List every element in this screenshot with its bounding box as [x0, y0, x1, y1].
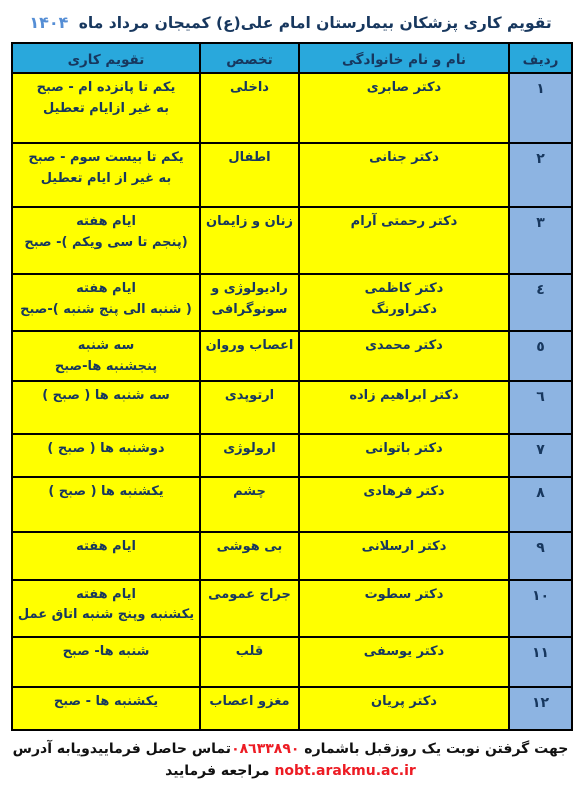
- doctor-name-cell: دکتر پریان: [299, 687, 509, 730]
- doctor-name-cell: دکتر صابری: [299, 73, 509, 143]
- table-row: ۲دکتر جنانیاطفالیکم تا بیست سوم - صبحبه …: [12, 143, 572, 207]
- cell-line: شنبه ها- صبح: [17, 642, 195, 663]
- cell-line: دوشنبه ها ( صبح ): [17, 439, 195, 460]
- row-number-cell: ٦: [509, 381, 572, 434]
- cell-line: ( شنبه الی پنج شنبه )-صبح: [17, 300, 195, 321]
- schedule-cell: یکشنبه ها ( صبح ): [12, 477, 200, 532]
- table-row: ٥دکتر محمدیاعصاب وروانسه شنبهپنجشنبه ها-…: [12, 331, 572, 381]
- row-number-cell: ۱۰: [509, 580, 572, 637]
- schedule-cell: یکم تا بیست سوم - صبحبه غیر از ایام تعطی…: [12, 143, 200, 207]
- cell-line: ٥: [514, 336, 567, 358]
- specialty-cell: بی هوشی: [200, 532, 299, 580]
- footer-line1-after: تماس حاصل فرماییدویابه آدرس: [13, 741, 231, 757]
- row-number-cell: ۱: [509, 73, 572, 143]
- cell-line: پنجشنبه ها-صبح: [17, 357, 195, 378]
- cell-line: دکتر جنانی: [304, 148, 504, 169]
- cell-line: چشم: [205, 482, 294, 503]
- row-number-cell: ٨: [509, 477, 572, 532]
- schedule-cell: سه شنبهپنجشنبه ها-صبح: [12, 331, 200, 381]
- cell-line: ٧: [514, 439, 567, 461]
- cell-line: دکتراورنگ: [304, 300, 504, 321]
- cell-line: دکتر صابری: [304, 78, 504, 99]
- cell-line: ۳: [514, 212, 567, 234]
- cell-line: دکتر سطوت: [304, 585, 504, 606]
- specialty-cell: ارولوژی: [200, 434, 299, 477]
- schedule-cell: ایام هفته( شنبه الی پنج شنبه )-صبح: [12, 274, 200, 331]
- footer-line1-before: جهت گرفتن نوبت یک روزقبل باشماره: [299, 741, 568, 757]
- cell-line: یکشنبه وپنج شنبه اتاق عمل: [17, 605, 195, 626]
- cell-line: به غیر از ایام تعطیل: [17, 169, 195, 190]
- cell-line: (پنجم تا سی ویکم )- صبح: [17, 233, 195, 254]
- row-number-cell: ۲: [509, 143, 572, 207]
- specialty-cell: داخلی: [200, 73, 299, 143]
- cell-line: دکتر رحمتی آرام: [304, 212, 504, 233]
- table-row: ۱۰دکتر سطوتجراح عمومیایام هفتهیکشنبه وپن…: [12, 580, 572, 637]
- cell-line: ایام هفته: [17, 279, 195, 300]
- doctor-name-cell: دکتر فرهادی: [299, 477, 509, 532]
- cell-line: دکتر پریان: [304, 692, 504, 713]
- cell-line: زنان و زایمان: [205, 212, 294, 233]
- cell-line: دکتر ابراهیم زاده: [304, 386, 504, 407]
- schedule-cell: ایام هفته(پنجم تا سی ویکم )- صبح: [12, 207, 200, 274]
- cell-line: ۱۱: [514, 642, 567, 664]
- specialty-cell: اطفال: [200, 143, 299, 207]
- cell-line: یکم تا پانزده ام - صبح: [17, 78, 195, 99]
- cell-line: دکتر باتوانی: [304, 439, 504, 460]
- row-number-cell: ۱۱: [509, 637, 572, 687]
- cell-line: ارولوژی: [205, 439, 294, 460]
- title-year: ۱۴۰۴: [29, 13, 68, 32]
- header-specialty: تخصص: [200, 43, 299, 73]
- header-row-number: ردیف: [509, 43, 572, 73]
- cell-line: قلب: [205, 642, 294, 663]
- cell-line: یکشنبه ها - صبح: [17, 692, 195, 713]
- cell-line: مغزو اعصاب: [205, 692, 294, 713]
- cell-line: ٦: [514, 386, 567, 408]
- specialty-cell: اعصاب وروان: [200, 331, 299, 381]
- table-row: ۱۲دکتر پریانمغزو اعصابیکشنبه ها - صبح: [12, 687, 572, 730]
- schedule-cell: یکشنبه ها - صبح: [12, 687, 200, 730]
- footer-note: جهت گرفتن نوبت یک روزقبل باشماره ۰۸٦۳۳۸۹…: [0, 738, 581, 783]
- row-number-cell: ۳: [509, 207, 572, 274]
- doctor-name-cell: دکتر ابراهیم زاده: [299, 381, 509, 434]
- table-row: ۱۱دکتر یوسفیقلبشنبه ها- صبح: [12, 637, 572, 687]
- schedule-cell: دوشنبه ها ( صبح ): [12, 434, 200, 477]
- doctors-schedule-table: ردیف نام و نام خانوادگی تخصص تقویم کاری …: [11, 42, 573, 731]
- row-number-cell: ٥: [509, 331, 572, 381]
- schedule-cell: سه شنبه ها ( صبح ): [12, 381, 200, 434]
- doctor-name-cell: دکتر باتوانی: [299, 434, 509, 477]
- row-number-cell: ٧: [509, 434, 572, 477]
- schedule-cell: ایام هفته: [12, 532, 200, 580]
- cell-line: ایام هفته: [17, 537, 195, 558]
- footer-line-2: nobt.arakmu.ac.ir مراجعه فرمایید: [0, 760, 581, 782]
- cell-line: سه شنبه: [17, 336, 195, 357]
- table-header-row: ردیف نام و نام خانوادگی تخصص تقویم کاری: [12, 43, 572, 73]
- specialty-cell: مغزو اعصاب: [200, 687, 299, 730]
- table-row: ٦دکتر ابراهیم زادهارتوپدیسه شنبه ها ( صب…: [12, 381, 572, 434]
- cell-line: دکتر ارسلانی: [304, 537, 504, 558]
- doctor-name-cell: دکتر یوسفی: [299, 637, 509, 687]
- cell-line: ۱۲: [514, 692, 567, 714]
- cell-line: ایام هفته: [17, 585, 195, 606]
- cell-line: دکتر فرهادی: [304, 482, 504, 503]
- doctor-name-cell: دکتر ارسلانی: [299, 532, 509, 580]
- cell-line: ۱۰: [514, 585, 567, 607]
- cell-line: داخلی: [205, 78, 294, 99]
- cell-line: ٩: [514, 537, 567, 559]
- row-number-cell: ٤: [509, 274, 572, 331]
- table-row: ٧دکتر باتوانیارولوژیدوشنبه ها ( صبح ): [12, 434, 572, 477]
- booking-url: nobt.arakmu.ac.ir: [274, 763, 415, 779]
- page-title: تقویم کاری پزشکان بیمارستان امام علی(ع) …: [0, 0, 581, 32]
- table-row: ٨دکتر فرهادیچشمیکشنبه ها ( صبح ): [12, 477, 572, 532]
- cell-line: اطفال: [205, 148, 294, 169]
- specialty-cell: زنان و زایمان: [200, 207, 299, 274]
- cell-line: ایام هفته: [17, 212, 195, 233]
- specialty-cell: رادیولوژی وسونوگرافی: [200, 274, 299, 331]
- header-schedule: تقویم کاری: [12, 43, 200, 73]
- header-name: نام و نام خانوادگی: [299, 43, 509, 73]
- row-number-cell: ٩: [509, 532, 572, 580]
- cell-line: دکتر یوسفی: [304, 642, 504, 663]
- specialty-cell: قلب: [200, 637, 299, 687]
- specialty-cell: چشم: [200, 477, 299, 532]
- row-number-cell: ۱۲: [509, 687, 572, 730]
- doctor-name-cell: دکتر کاظمیدکتراورنگ: [299, 274, 509, 331]
- cell-line: ۲: [514, 148, 567, 170]
- table-row: ۳دکتر رحمتی آرامزنان و زایمانایام هفته(پ…: [12, 207, 572, 274]
- cell-line: رادیولوژی و: [205, 279, 294, 300]
- schedule-cell: شنبه ها- صبح: [12, 637, 200, 687]
- schedule-cell: ایام هفتهیکشنبه وپنج شنبه اتاق عمل: [12, 580, 200, 637]
- cell-line: جراح عمومی: [205, 585, 294, 606]
- footer-line-1: جهت گرفتن نوبت یک روزقبل باشماره ۰۸٦۳۳۸۹…: [0, 738, 581, 760]
- doctor-name-cell: دکتر محمدی: [299, 331, 509, 381]
- cell-line: اعصاب وروان: [205, 336, 294, 357]
- schedule-cell: یکم تا پانزده ام - صبحبه غیر ازایام تعطی…: [12, 73, 200, 143]
- specialty-cell: جراح عمومی: [200, 580, 299, 637]
- cell-line: دکتر کاظمی: [304, 279, 504, 300]
- footer-line2-after: مراجعه فرمایید: [165, 763, 274, 779]
- specialty-cell: ارتوپدی: [200, 381, 299, 434]
- table-row: ٩دکتر ارسلانیبی هوشیایام هفته: [12, 532, 572, 580]
- cell-line: دکتر محمدی: [304, 336, 504, 357]
- cell-line: بی هوشی: [205, 537, 294, 558]
- title-text: تقویم کاری پزشکان بیمارستان امام علی(ع) …: [79, 14, 552, 32]
- document-page: تقویم کاری پزشکان بیمارستان امام علی(ع) …: [0, 0, 581, 800]
- cell-line: ٨: [514, 482, 567, 504]
- table-row: ۱دکتر صابریداخلییکم تا پانزده ام - صبحبه…: [12, 73, 572, 143]
- doctor-name-cell: دکتر سطوت: [299, 580, 509, 637]
- phone-number: ۰۸٦۳۳۸۹۰: [231, 741, 299, 757]
- table-row: ٤دکتر کاظمیدکتراورنگرادیولوژی وسونوگرافی…: [12, 274, 572, 331]
- doctor-name-cell: دکتر رحمتی آرام: [299, 207, 509, 274]
- doctor-name-cell: دکتر جنانی: [299, 143, 509, 207]
- cell-line: سه شنبه ها ( صبح ): [17, 386, 195, 407]
- cell-line: ۱: [514, 78, 567, 100]
- cell-line: به غیر ازایام تعطیل: [17, 99, 195, 120]
- cell-line: ٤: [514, 279, 567, 301]
- cell-line: یکم تا بیست سوم - صبح: [17, 148, 195, 169]
- cell-line: سونوگرافی: [205, 300, 294, 321]
- cell-line: یکشنبه ها ( صبح ): [17, 482, 195, 503]
- cell-line: ارتوپدی: [205, 386, 294, 407]
